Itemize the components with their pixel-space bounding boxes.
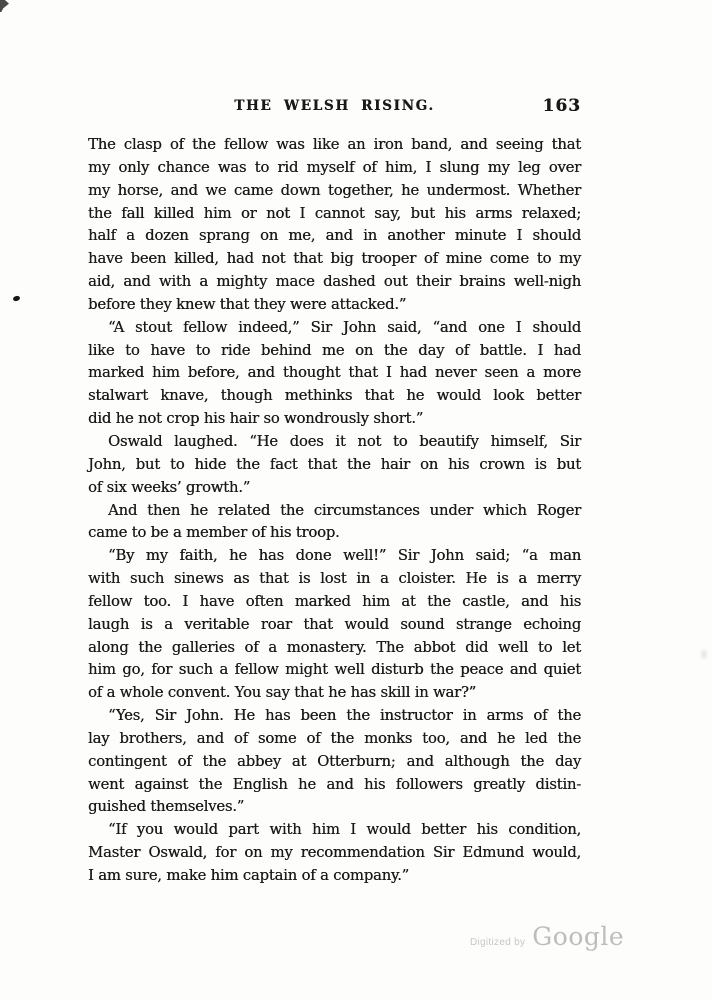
text-line: “By my faith, he has done well!” Sir Joh… xyxy=(88,545,581,568)
text-line: I am sure, make him captain of a company… xyxy=(88,865,581,888)
text-line: Oswald laughed. “He does it not to beaut… xyxy=(88,431,581,454)
text-line: “If you would part with him I would bett… xyxy=(88,819,581,842)
scan-artifact-ink-dot xyxy=(12,295,20,302)
text-line: with such sinews as that is lost in a cl… xyxy=(88,568,581,591)
text-line: the fall killed him or not I cannot say,… xyxy=(88,203,581,226)
text-line: him go, for such a fellow might well dis… xyxy=(88,659,581,682)
text-line: John, but to hide the fact that the hair… xyxy=(88,454,581,477)
text-line: Master Oswald, for on my recommendation … xyxy=(88,842,581,865)
book-page: THE WELSH RISING. 163 The clasp of the f… xyxy=(0,0,712,1000)
google-logo: Google xyxy=(532,922,624,951)
text-line: marked him before, and thought that I ha… xyxy=(88,362,581,385)
text-line: laugh is a veritable roar that would sou… xyxy=(88,614,581,637)
text-line: half a dozen sprang on me, and in anothe… xyxy=(88,225,581,248)
text-line: of a whole convent. You say that he has … xyxy=(88,682,581,705)
text-line: “Yes, Sir John. He has been the instruct… xyxy=(88,705,581,728)
digitized-watermark: Digitized by Google xyxy=(470,922,624,951)
text-line: And then he related the circumstances un… xyxy=(88,500,581,523)
page-number: 163 xyxy=(543,96,582,116)
text-line: “A stout fellow indeed,” Sir John said, … xyxy=(88,317,581,340)
digitized-by-label: Digitized by xyxy=(470,937,525,948)
text-line: stalwart knave, though methinks that he … xyxy=(88,385,581,408)
text-line: my only chance was to rid myself of him,… xyxy=(88,157,581,180)
page-header: THE WELSH RISING. 163 xyxy=(88,96,581,118)
text-line: before they knew that they were attacked… xyxy=(88,294,581,317)
text-line: came to be a member of his troop. xyxy=(88,522,581,545)
text-line: fellow too. I have often marked him at t… xyxy=(88,591,581,614)
text-line: of six weeks’ growth.” xyxy=(88,477,581,500)
text-line: lay brothers, and of some of the monks t… xyxy=(88,728,581,751)
running-head-title: THE WELSH RISING. xyxy=(88,98,581,114)
text-line: The clasp of the fellow was like an iron… xyxy=(88,134,581,157)
text-line: contingent of the abbey at Otterburn; an… xyxy=(88,751,581,774)
text-line: did he not crop his hair so wondrously s… xyxy=(88,408,581,431)
text-line: have been killed, had not that big troop… xyxy=(88,248,581,271)
text-line: went against the English he and his foll… xyxy=(88,774,581,797)
text-line: my horse, and we came down together, he … xyxy=(88,180,581,203)
scan-artifact-corner xyxy=(0,0,9,12)
text-line: aid, and with a mighty mace dashed out t… xyxy=(88,271,581,294)
page-body: The clasp of the fellow was like an iron… xyxy=(88,134,581,888)
text-line: guished themselves.” xyxy=(88,796,581,819)
text-line: like to have to ride behind me on the da… xyxy=(88,340,581,363)
scan-artifact-smudge xyxy=(699,648,709,661)
text-line: along the galleries of a monastery. The … xyxy=(88,637,581,660)
